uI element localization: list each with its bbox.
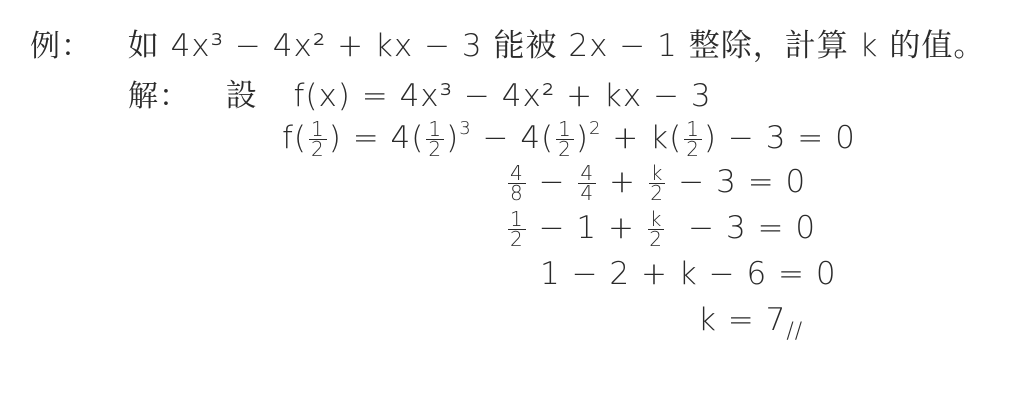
problem-line: 例： 如 4x³ − 4x² + kx − 3 能被 2x − 1 整除，計算 … [30,20,985,65]
end-mark: // [786,319,803,344]
solution-label: 解： [128,79,190,114]
function-definition: f(x) = 4x³ − 4x² + kx − 3 [293,78,711,114]
step-5-answer: k = 7// [698,302,803,344]
solution-setup-line: 解： 設 f(x) = 4x³ − 4x² + kx − 3 [128,70,712,115]
problem-suffix: 整除，計算 k 的值。 [689,28,986,64]
problem-prefix: 如 [128,28,160,64]
step-2: 48 − 44 + k2 − 3 = 0 [506,164,806,203]
problem-divisor: 2x − 1 [568,28,677,64]
example-label: 例： [30,29,92,64]
step-1: f(12) = 4(12)3 − 4(12)2 + k(12) − 3 = 0 [282,118,856,159]
problem-connector: 能被 [494,28,558,64]
step-4: 1 − 2 + k − 6 = 0 [540,256,837,292]
step-3: 12 − 1 + k2 − 3 = 0 [506,210,816,249]
let-word: 設 [226,78,258,114]
problem-polynomial: 4x³ − 4x² + kx − 3 [171,28,483,64]
